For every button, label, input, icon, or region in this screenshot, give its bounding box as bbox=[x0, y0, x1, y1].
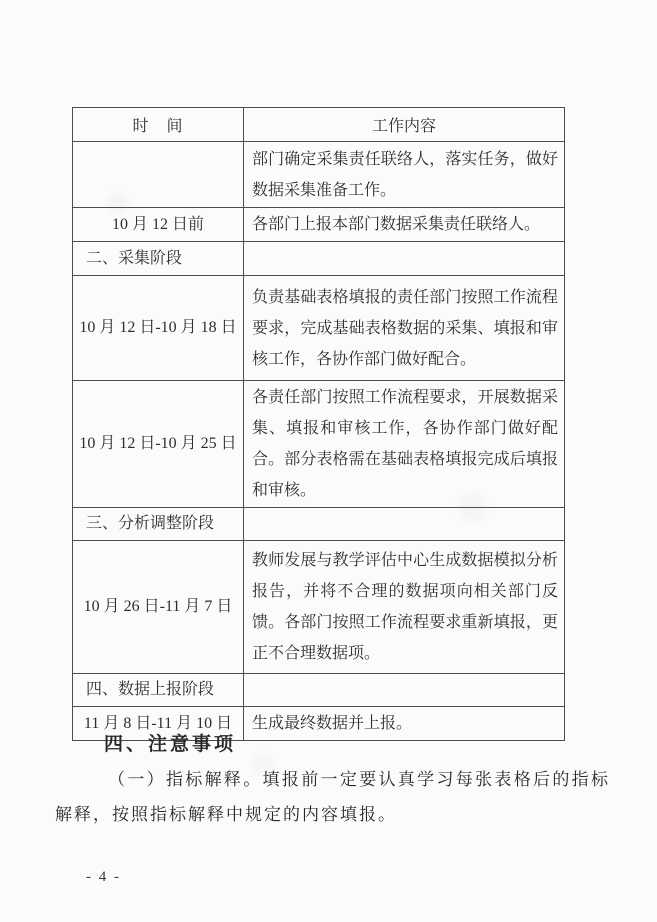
content-cell bbox=[244, 674, 565, 707]
content-cell: 负责基础表格填报的责任部门按照工作流程要求，完成基础表格数据的采集、填报和审核工… bbox=[244, 276, 565, 381]
table-header-content: 工作内容 bbox=[244, 108, 565, 142]
time-cell bbox=[73, 142, 244, 208]
section-label-cell: 二、采集阶段 bbox=[73, 242, 244, 276]
schedule-table-head: 时 间 工作内容 bbox=[73, 108, 565, 142]
table-section-row: 二、采集阶段 bbox=[73, 242, 565, 276]
time-cell: 10 月 12 日-10 月 25 日 bbox=[73, 381, 244, 508]
table-section-row: 三、分析调整阶段 bbox=[73, 508, 565, 541]
time-cell: 10 月 12 日前 bbox=[73, 208, 244, 242]
table-row: 10 月 12 日-10 月 25 日各责任部门按照工作流程要求，开展数据采集、… bbox=[73, 381, 565, 508]
content-cell: 各责任部门按照工作流程要求，开展数据采集、填报和审核工作，各协作部门做好配合。部… bbox=[244, 381, 565, 508]
page-number: - 4 - bbox=[86, 869, 121, 886]
content-cell: 部门确定采集责任联络人，落实任务，做好数据采集准备工作。 bbox=[244, 142, 565, 208]
table-header-time: 时 间 bbox=[73, 108, 244, 142]
table-row: 10 月 26 日-11 月 7 日教师发展与教学评估中心生成数据模拟分析报告，… bbox=[73, 541, 565, 674]
content-cell bbox=[244, 242, 565, 276]
schedule-table-body: 部门确定采集责任联络人，落实任务，做好数据采集准备工作。10 月 12 日前各部… bbox=[73, 142, 565, 741]
content-cell: 生成最终数据并上报。 bbox=[244, 707, 565, 741]
notes-heading: 四、注意事项 bbox=[104, 733, 236, 757]
schedule-table: 时 间 工作内容 部门确定采集责任联络人，落实任务，做好数据采集准备工作。10 … bbox=[72, 107, 565, 741]
section-label-cell: 三、分析调整阶段 bbox=[73, 508, 244, 541]
table-row: 10 月 12 日前各部门上报本部门数据采集责任联络人。 bbox=[73, 208, 565, 242]
table-row: 部门确定采集责任联络人，落实任务，做好数据采集准备工作。 bbox=[73, 142, 565, 208]
table-row: 10 月 12 日-10 月 18 日负责基础表格填报的责任部门按照工作流程要求… bbox=[73, 276, 565, 381]
section-label-cell: 四、数据上报阶段 bbox=[73, 674, 244, 707]
table-section-row: 四、数据上报阶段 bbox=[73, 674, 565, 707]
document-page: { "schedule_table": { "header": { "time"… bbox=[0, 0, 657, 922]
notes-paragraph: （一）指标解释。填报前一定要认真学习每张表格后的指标解释，按照指标解释中规定的内… bbox=[55, 762, 610, 832]
time-cell: 10 月 26 日-11 月 7 日 bbox=[73, 541, 244, 674]
table-header-row: 时 间 工作内容 bbox=[73, 108, 565, 142]
content-cell: 教师发展与教学评估中心生成数据模拟分析报告，并将不合理的数据项向相关部门反馈。各… bbox=[244, 541, 565, 674]
time-cell: 10 月 12 日-10 月 18 日 bbox=[73, 276, 244, 381]
content-cell: 各部门上报本部门数据采集责任联络人。 bbox=[244, 208, 565, 242]
content-cell bbox=[244, 508, 565, 541]
schedule-table-wrap: 时 间 工作内容 部门确定采集责任联络人，落实任务，做好数据采集准备工作。10 … bbox=[72, 107, 565, 741]
